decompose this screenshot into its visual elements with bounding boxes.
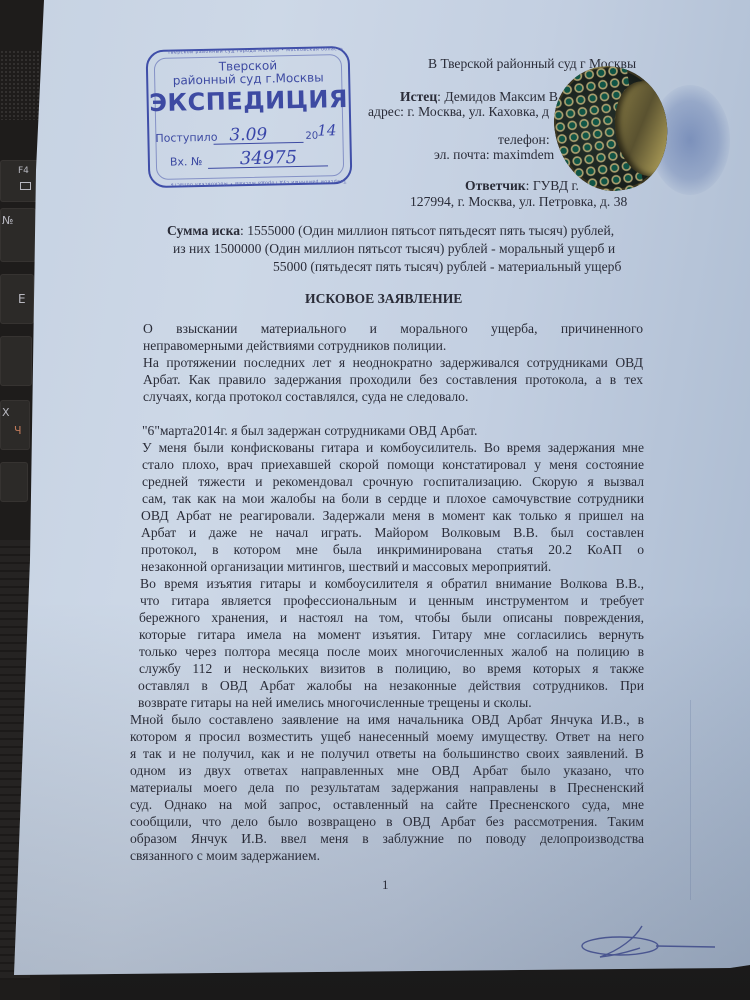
body-line: незаконной организации митингов, шествий… <box>141 558 551 575</box>
body-line: "6"марта2014г. я был задержан сотрудника… <box>142 422 477 439</box>
body-line: только через полтора месяца после моих м… <box>139 643 644 660</box>
stamp-incoming-number: 34975 <box>240 147 298 169</box>
claim-line-3: 55000 (пятьдесят пять тысяч) рублей - ма… <box>273 258 621 275</box>
key-x: Х Ч <box>0 400 30 450</box>
body-line: образом Янчук И.В. ввел меня в заблужние… <box>130 830 644 847</box>
body-line: которые гитара имела на момент изъятия. … <box>139 626 644 643</box>
stamp-incoming-label: Вх. № <box>170 155 203 169</box>
body-line: что гитара является профессиональным и ц… <box>140 592 644 609</box>
body-line: У меня были конфискованы гитара и комбоу… <box>142 439 644 456</box>
defendant-address: 127994, г. Москва, ул. Петровка, д. 38 <box>410 193 627 210</box>
signature-icon <box>580 920 720 965</box>
plaintiff-name: : Демидов Максим В <box>437 89 558 104</box>
key-blank <box>0 462 28 502</box>
body-line: Арбат и даже не начал играть. Майором Во… <box>141 524 644 541</box>
body-line: материалы моего дела по результатам заде… <box>130 779 644 796</box>
body-line: Арбат. Как правило задержания проходили … <box>143 371 643 388</box>
body-line: одном из двух ответах направленных мне О… <box>130 762 644 779</box>
plaintiff-email: эл. почта: maximdem <box>434 146 554 163</box>
body-line: бережного хранения, и настоял на том, чт… <box>139 609 644 626</box>
key-blank <box>0 336 32 386</box>
body-line: службу 112 и нескольких визитов в полици… <box>139 660 644 677</box>
claim-total: : 1555000 (Один миллион пятьсот пятьдеся… <box>240 223 614 238</box>
document-title: ИСКОВОЕ ЗАЯВЛЕНИЕ <box>305 290 462 307</box>
court-reception-stamp: Тверской районный суд города Москвы • Мо… <box>146 46 353 188</box>
stamp-title: ЭКСПЕДИЦИЯ <box>148 85 349 117</box>
window-icon <box>20 182 31 190</box>
claim-line-2: из них 1500000 (Один миллион пятьсот тыс… <box>173 240 615 257</box>
key-label: Ч <box>14 424 22 437</box>
defendant-label: Ответчик <box>465 178 526 193</box>
body-line: На протяжении последних лет я неоднократ… <box>143 354 643 371</box>
key-number-sign: № <box>0 208 36 262</box>
paper-crease <box>690 700 691 900</box>
body-line: ОВД Арбат не реагировали. Задержали меня… <box>141 507 644 524</box>
claim-line-1: Сумма иска: 1555000 (Один миллион пятьсо… <box>167 222 614 239</box>
stamp-received-label: Поступило <box>155 131 217 145</box>
body-line: сам, так как на мои жалобы на боли в сер… <box>142 490 644 507</box>
body-line: неправомерными действиями сотрудников по… <box>143 337 446 354</box>
body-line: Мной было составлено заявление на имя на… <box>130 711 644 728</box>
key-label: F4 <box>18 166 29 176</box>
body-line: связанного с моим задержанием. <box>130 847 320 864</box>
key-label: № <box>2 214 13 227</box>
plaintiff-address: адрес: г. Москва, ул. Каховка, д <box>368 103 549 120</box>
body-line: возврате гитары на ней имелись многочисл… <box>138 694 532 711</box>
body-line: оставлял в ОВД Арбат жалобы на незаконны… <box>138 677 644 694</box>
page-number: 1 <box>382 877 389 893</box>
body-line: средней тяжести и рекомендовал срочную г… <box>142 473 644 490</box>
key-label: Х <box>2 406 10 419</box>
body-line: сообщили, что дело было возвращено в ОВД… <box>130 813 644 830</box>
body-line: суд. Однако на мой запрос, оставленный н… <box>130 796 644 813</box>
body-line: Во время изъятия гитары и комбоусилителя… <box>140 575 644 592</box>
stamp-year-handwritten: 14 <box>317 121 336 139</box>
body-line: стало плохо, врач приехавшей скорой помо… <box>142 456 644 473</box>
photo-scene: F4 № E Х Ч Тверской районный суд города … <box>0 0 750 1000</box>
key-e: E <box>0 274 34 324</box>
body-line: котором я просил возместить ущеб нанесен… <box>130 728 644 745</box>
speaker-grille <box>0 50 45 120</box>
stamp-year-prefix: 20 <box>305 131 318 142</box>
claim-label: Сумма иска <box>167 223 240 238</box>
body-line: протокол, в котором мне была инкриминиро… <box>141 541 644 558</box>
plaintiff-label: Истец <box>400 89 437 104</box>
stamp-received-date: 3.09 <box>229 125 267 146</box>
key-label: E <box>18 292 26 306</box>
body-line: я так и не получил, как и не получил отв… <box>130 745 644 762</box>
body-line: О взыскании материального и морального у… <box>143 320 643 337</box>
body-line: случаях, когда протокол составлялся, суд… <box>143 388 468 405</box>
